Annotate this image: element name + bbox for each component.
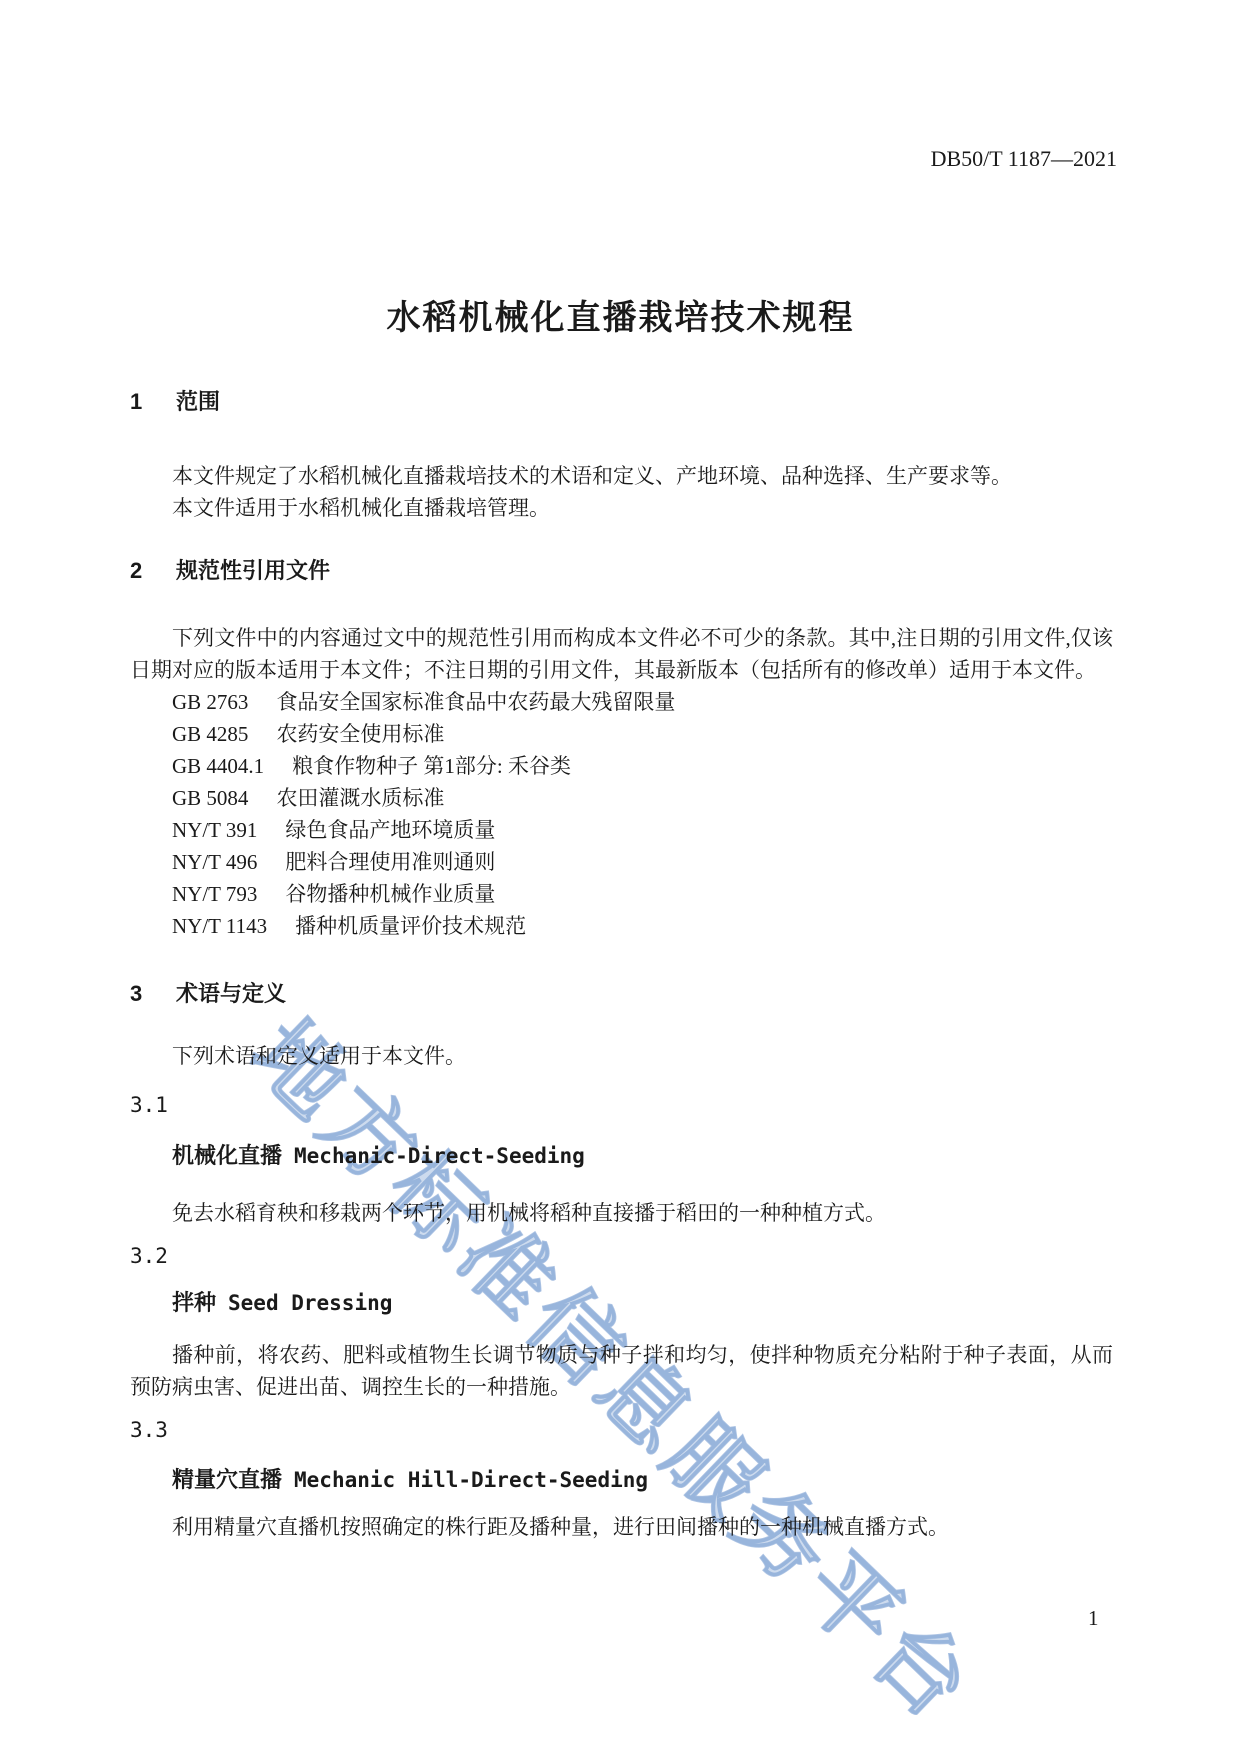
term-definition: 利用精量穴直播机按照确定的株行距及播种量，进行田间播种的一种机械直播方式。 bbox=[130, 1511, 1113, 1543]
reference-item: GB 5084农田灌溉水质标准 bbox=[172, 782, 1113, 814]
references-intro: 下列文件中的内容通过文中的规范性引用而构成本文件必不可少的条款。其中,注日期的引… bbox=[130, 622, 1113, 686]
reference-code: NY/T 793 bbox=[172, 882, 257, 906]
term-heading: 精量穴直播Mechanic Hill-Direct-Seeding bbox=[130, 1466, 1113, 1494]
reference-title: 播种机质量评价技术规范 bbox=[295, 914, 526, 938]
term-number: 3.1 bbox=[130, 1092, 1113, 1118]
section-2-title: 规范性引用文件 bbox=[176, 558, 330, 583]
section-3-heading: 3术语与定义 bbox=[130, 980, 1113, 1008]
term-heading: 拌种Seed Dressing bbox=[130, 1289, 1113, 1317]
term-name-zh: 精量穴直播 bbox=[172, 1467, 282, 1492]
document-body: 1范围 本文件规定了水稻机械化直播栽培技术的术语和定义、产地环境、品种选择、生产… bbox=[130, 388, 1113, 1543]
section-1-heading: 1范围 bbox=[130, 388, 1113, 416]
reference-title: 食品安全国家标准食品中农药最大残留限量 bbox=[276, 690, 675, 714]
reference-item: NY/T 793谷物播种机械作业质量 bbox=[172, 878, 1113, 910]
reference-item: GB 2763食品安全国家标准食品中农药最大残留限量 bbox=[172, 686, 1113, 718]
reference-code: GB 4285 bbox=[172, 722, 248, 746]
reference-code: GB 2763 bbox=[172, 690, 248, 714]
reference-item: NY/T 496肥料合理使用准则通则 bbox=[172, 846, 1113, 878]
term-number: 3.2 bbox=[130, 1243, 1113, 1269]
term-heading: 机械化直播Mechanic-Direct-Seeding bbox=[130, 1142, 1113, 1170]
reference-code: GB 5084 bbox=[172, 786, 248, 810]
reference-item: GB 4404.1粮食作物种子 第1部分: 禾谷类 bbox=[172, 750, 1113, 782]
term-definition: 免去水稻育秧和移栽两个环节，用机械将稻种直接播于稻田的一种种植方式。 bbox=[130, 1197, 1113, 1229]
term-name-zh: 拌种 bbox=[172, 1290, 216, 1315]
term-definition: 播种前，将农药、肥料或植物生长调节物质与种子拌和均匀，使拌种物质充分粘附于种子表… bbox=[130, 1339, 1113, 1403]
term-number: 3.3 bbox=[130, 1417, 1113, 1443]
reference-item: NY/T 1143播种机质量评价技术规范 bbox=[172, 910, 1113, 942]
section-2-number: 2 bbox=[130, 557, 150, 585]
section-3-number: 3 bbox=[130, 980, 150, 1008]
section-2-heading: 2规范性引用文件 bbox=[130, 557, 1113, 585]
reference-title: 农药安全使用标准 bbox=[276, 722, 444, 746]
section-1-number: 1 bbox=[130, 388, 150, 416]
reference-title: 肥料合理使用准则通则 bbox=[285, 850, 495, 874]
reference-title: 谷物播种机械作业质量 bbox=[285, 882, 495, 906]
reference-code: NY/T 391 bbox=[172, 818, 257, 842]
document-title: 水稻机械化直播栽培技术规程 bbox=[0, 290, 1241, 339]
terms-intro: 下列术语和定义适用于本文件。 bbox=[130, 1040, 1113, 1072]
section-1-title: 范围 bbox=[176, 389, 220, 414]
scope-paragraph-2: 本文件适用于水稻机械化直播栽培管理。 bbox=[130, 492, 1113, 524]
reference-code: GB 4404.1 bbox=[172, 754, 264, 778]
page-number: 1 bbox=[1088, 1606, 1099, 1631]
reference-title: 粮食作物种子 第1部分: 禾谷类 bbox=[292, 754, 571, 778]
term-name-en: Mechanic-Direct-Seeding bbox=[294, 1144, 585, 1168]
term-name-en: Mechanic Hill-Direct-Seeding bbox=[294, 1468, 648, 1492]
document-page: 地方标准信息服务平台 DB50/T 1187—2021 水稻机械化直播栽培技术规… bbox=[0, 0, 1241, 1754]
reference-item: GB 4285农药安全使用标准 bbox=[172, 718, 1113, 750]
reference-list: GB 2763食品安全国家标准食品中农药最大残留限量 GB 4285农药安全使用… bbox=[130, 686, 1113, 942]
reference-title: 农田灌溉水质标准 bbox=[276, 786, 444, 810]
term-name-zh: 机械化直播 bbox=[172, 1143, 282, 1168]
reference-title: 绿色食品产地环境质量 bbox=[285, 818, 495, 842]
scope-paragraph-1: 本文件规定了水稻机械化直播栽培技术的术语和定义、产地环境、品种选择、生产要求等。 bbox=[130, 460, 1113, 492]
reference-item: NY/T 391绿色食品产地环境质量 bbox=[172, 814, 1113, 846]
reference-code: NY/T 496 bbox=[172, 850, 257, 874]
reference-code: NY/T 1143 bbox=[172, 914, 267, 938]
section-3-title: 术语与定义 bbox=[176, 981, 286, 1006]
term-name-en: Seed Dressing bbox=[228, 1291, 392, 1315]
standard-code: DB50/T 1187—2021 bbox=[931, 146, 1117, 172]
